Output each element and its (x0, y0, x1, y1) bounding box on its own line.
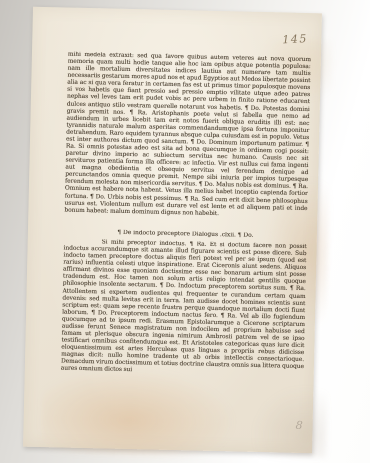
printed-text-block: mihi medela extraxit: sed qua favore qui… (60, 52, 311, 392)
latin-paragraph-before-heading: mihi medela extraxit: sed qua favore qui… (64, 52, 311, 235)
handwritten-collection-mark: 8 (295, 419, 303, 432)
book-page: mihi medela extraxit: sed qua favore qui… (23, 7, 322, 453)
latin-paragraph-after-heading: Si mihi preceptor indoctus. ¶ Ra. Et si … (61, 239, 307, 384)
photo-background: mihi medela extraxit: sed qua favore qui… (0, 0, 370, 463)
paper-stain-bottom-right (251, 384, 328, 458)
handwritten-folio-number: 145 (282, 32, 308, 46)
